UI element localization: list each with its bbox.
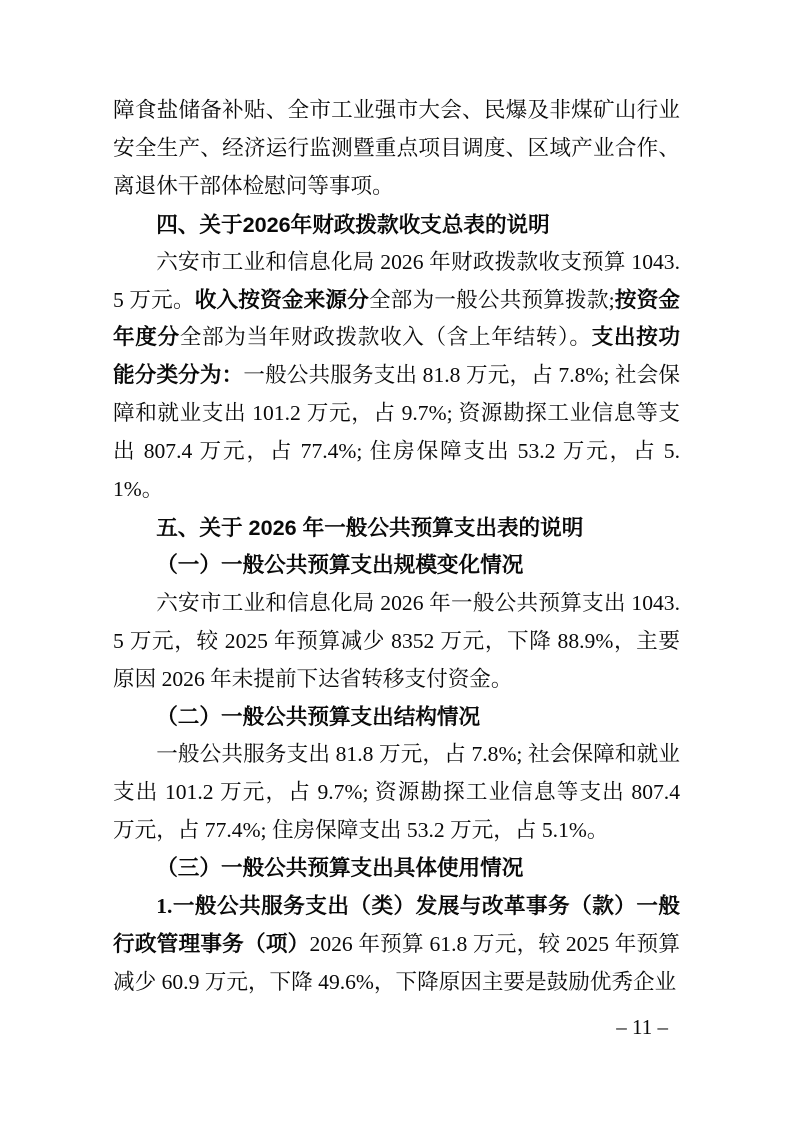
sub-heading-3: （三）一般公共预算支出具体使用情况 <box>113 850 680 888</box>
section-heading-4: 四、关于2026年财政拨款收支总表的说明 <box>113 206 680 244</box>
section-heading-5: 五、关于 2026 年一般公共预算支出表的说明 <box>113 509 680 547</box>
page-number: – 11 – <box>113 1012 668 1042</box>
paragraph-text: 六安市工业和信息化局 2026 年一般公共预算支出 1043.5 万元，较 20… <box>113 591 680 691</box>
paragraph-fiscal-appropriation: 六安市工业和信息化局 2026 年财政拨款收支预算 1043.5 万元。收入按资… <box>113 244 680 509</box>
page-number-text: – 11 – <box>616 1015 668 1039</box>
paragraph-carryover: 障食盐储备补贴、全市工业强市大会、民爆及非煤矿山行业安全生产、经济运行监测暨重点… <box>113 92 680 206</box>
paragraph-structure: 一般公共服务支出 81.8 万元，占 7.8%; 社会保障和就业支出 101.2… <box>113 736 680 850</box>
paragraph-text: 全部为当年财政拨款收入（含上年结转）。 <box>180 325 592 349</box>
bold-run-income-by-source: 收入按资金来源分 <box>195 288 369 312</box>
sub-heading-1: （一）一般公共预算支出规模变化情况 <box>113 547 680 585</box>
paragraph-scale-change: 六安市工业和信息化局 2026 年一般公共预算支出 1043.5 万元，较 20… <box>113 585 680 699</box>
heading-text: 四、关于2026年财政拨款收支总表的说明 <box>156 212 550 237</box>
heading-text: （三）一般公共预算支出具体使用情况 <box>156 856 523 880</box>
heading-text: （二）一般公共预算支出结构情况 <box>156 705 480 729</box>
heading-text: （一）一般公共预算支出规模变化情况 <box>156 553 523 577</box>
paragraph-text: 全部为一般公共预算拨款; <box>369 288 615 312</box>
document-body: 障食盐储备补贴、全市工业强市大会、民爆及非煤矿山行业安全生产、经济运行监测暨重点… <box>113 92 680 1002</box>
paragraph-text: 障食盐储备补贴、全市工业强市大会、民爆及非煤矿山行业安全生产、经济运行监测暨重点… <box>113 98 680 198</box>
document-page: 障食盐储备补贴、全市工业强市大会、民爆及非煤矿山行业安全生产、经济运行监测暨重点… <box>0 0 793 1122</box>
paragraph-item-1: 1.一般公共服务支出（类）发展与改革事务（款）一般行政管理事务（项）2026 年… <box>113 888 680 1002</box>
heading-text: 五、关于 2026 年一般公共预算支出表的说明 <box>156 515 583 540</box>
paragraph-text: 一般公共服务支出 81.8 万元，占 7.8%; 社会保障和就业支出 101.2… <box>113 742 680 842</box>
sub-heading-2: （二）一般公共预算支出结构情况 <box>113 699 680 737</box>
